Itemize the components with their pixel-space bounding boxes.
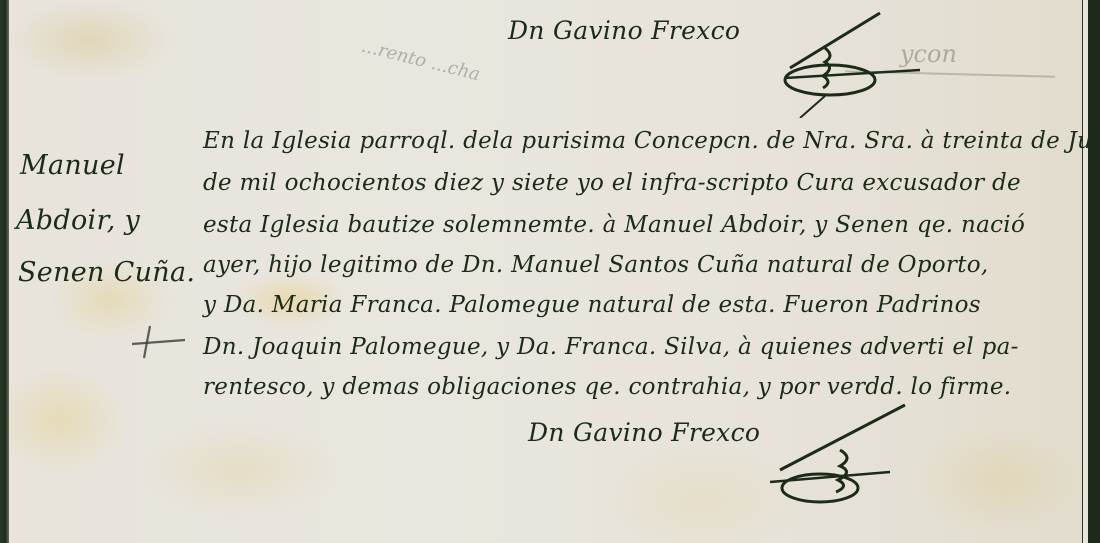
entry-line-5: y Da. Maria Franca. Palomegue natural de…	[203, 292, 981, 318]
top-signature-rubric-icon	[770, 8, 970, 118]
cross-mark-icon	[130, 322, 190, 362]
page-right-binding-edge	[1088, 0, 1100, 543]
page-left-binding-edge	[0, 0, 9, 543]
bottom-signature: Dn Gavino Frexco	[528, 418, 760, 447]
top-signature: Dn Gavino Frexco	[508, 16, 740, 45]
entry-line-2: de mil ochocientos diez y siete yo el in…	[203, 170, 1021, 196]
margin-name-line-1: Manuel	[20, 150, 125, 181]
bottom-signature-rubric-icon	[760, 400, 940, 510]
entry-line-4: ayer, hijo legitimo de Dn. Manuel Santos…	[203, 252, 989, 278]
entry-line-6: Dn. Joaquin Palomegue, y Da. Franca. Sil…	[203, 334, 1019, 360]
entry-line-3: esta Iglesia bautize solemnemte. à Manue…	[203, 212, 1025, 238]
entry-line-7: rentesco, y demas obligaciones qe. contr…	[203, 374, 1011, 400]
entry-line-1: En la Iglesia parroql. dela purisima Con…	[203, 128, 1100, 154]
bleedthrough-text-middle: ...rento ...cha	[359, 36, 482, 86]
manuscript-page: ycon ...rento ...cha Dn Gavino Frexco Ma…	[0, 0, 1100, 543]
margin-name-line-2: Abdoir, y	[16, 205, 140, 236]
margin-name-line-3: Senen Cuña.	[18, 257, 195, 288]
